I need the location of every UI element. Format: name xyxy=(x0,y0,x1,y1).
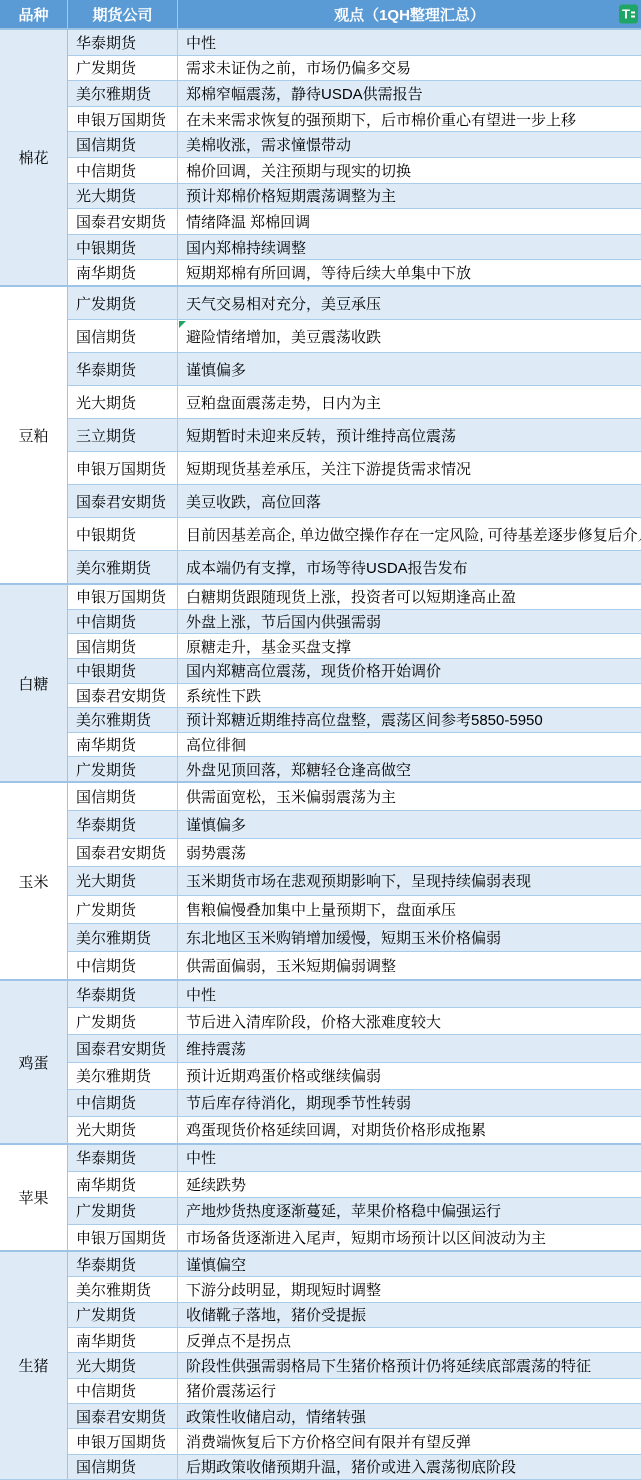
table-row: 国信期货后期政策收储预期升温，猪价或进入震荡彻底阶段 xyxy=(68,1455,641,1479)
header-company: 期货公司 xyxy=(68,0,178,28)
opinion-cell[interactable]: 棉价回调，关注预期与现实的切换 xyxy=(178,158,641,183)
opinion-text: 供需面偏弱，玉米短期偏弱调整 xyxy=(186,955,396,976)
company-cell[interactable]: 广发期货 xyxy=(68,896,178,923)
opinion-text: 产地炒货热度逐渐蔓延，苹果价格稳中偏强运行 xyxy=(186,1200,501,1221)
opinion-cell[interactable]: 天气交易相对充分，美豆承压 xyxy=(178,287,641,319)
company-cell[interactable]: 广发期货 xyxy=(68,287,178,319)
company-cell[interactable]: 国信期货 xyxy=(68,320,178,352)
opinion-cell[interactable]: 中性 xyxy=(178,981,641,1007)
opinion-text: 棉价回调，关注预期与现实的切换 xyxy=(186,160,411,181)
opinion-text: 市场备货逐渐进入尾声，短期市场预计以区间波动为主 xyxy=(186,1227,546,1248)
opinion-cell[interactable]: 郑棉窄幅震荡，静待USDA供需报告 xyxy=(178,81,641,106)
group-rows: 广发期货天气交易相对充分，美豆承压国信期货避险情绪增加，美豆震荡收跌华泰期货谨慎… xyxy=(68,287,641,583)
table-row: 华泰期货谨慎偏多 xyxy=(68,353,641,386)
opinion-text: 成本端仍有支撑，市场等待USDA报告发布 xyxy=(186,557,468,578)
company-cell[interactable]: 中银期货 xyxy=(68,235,178,260)
opinion-cell[interactable]: 猪价震荡运行 xyxy=(178,1379,641,1403)
table-row: 国泰君安期货系统性下跌 xyxy=(68,684,641,709)
opinion-text: 反弹点不是拐点 xyxy=(186,1330,291,1351)
opinion-cell[interactable]: 谨慎偏多 xyxy=(178,811,641,838)
table-row: 中信期货供需面偏弱，玉米短期偏弱调整 xyxy=(68,952,641,979)
company-cell[interactable]: 国泰君安期货 xyxy=(68,1035,178,1061)
table-body: 棉花华泰期货中性广发期货需求未证伪之前，市场仍偏多交易美尔雅期货郑棉窄幅震荡，静… xyxy=(0,30,641,1480)
company-cell[interactable]: 中信期货 xyxy=(68,952,178,979)
opinion-text: 猪价震荡运行 xyxy=(186,1380,276,1401)
group-rows: 华泰期货中性广发期货节后进入清库阶段，价格大涨难度较大国泰君安期货维持震荡美尔雅… xyxy=(68,981,641,1143)
table-row: 广发期货天气交易相对充分，美豆承压 xyxy=(68,287,641,320)
variety-cell[interactable]: 白糖 xyxy=(0,585,68,781)
opinion-text: 售粮偏慢叠加集中上量预期下，盘面承压 xyxy=(186,899,456,920)
company-cell[interactable]: 美尔雅期货 xyxy=(68,708,178,732)
commodity-group: 鸡蛋华泰期货中性广发期货节后进入清库阶段，价格大涨难度较大国泰君安期货维持震荡美… xyxy=(0,981,641,1145)
company-cell[interactable]: 国信期货 xyxy=(68,1455,178,1479)
table-row: 国泰君安期货情绪降温 郑棉回调 xyxy=(68,209,641,235)
opinion-text: 天气交易相对充分，美豆承压 xyxy=(186,293,381,314)
company-cell[interactable]: 申银万国期货 xyxy=(68,1225,178,1251)
opinion-text: 美棉收涨，需求憧憬带动 xyxy=(186,134,351,155)
table-row: 光大期货豆粕盘面震荡走势，日内为主 xyxy=(68,386,641,419)
header-variety: 品种 xyxy=(0,0,68,28)
opinion-text: 东北地区玉米购销增加缓慢，短期玉米价格偏弱 xyxy=(186,927,501,948)
commodity-group: 棉花华泰期货中性广发期货需求未证伪之前，市场仍偏多交易美尔雅期货郑棉窄幅震荡，静… xyxy=(0,30,641,287)
opinion-text: 谨慎偏空 xyxy=(186,1254,246,1275)
table-row: 中信期货外盘上涨，节后国内供强需弱 xyxy=(68,610,641,635)
opinion-text: 情绪降温 郑棉回调 xyxy=(186,211,310,232)
table-row: 国泰君安期货弱势震荡 xyxy=(68,839,641,867)
opinion-cell[interactable]: 高位徘徊 xyxy=(178,733,641,757)
table-row: 光大期货玉米期货市场在悲观预期影响下，呈现持续偏弱表现 xyxy=(68,867,641,895)
opinion-text: 节后进入清库阶段，价格大涨难度较大 xyxy=(186,1011,441,1032)
table-row: 广发期货节后进入清库阶段，价格大涨难度较大 xyxy=(68,1008,641,1035)
variety-cell[interactable]: 玉米 xyxy=(0,783,68,979)
commodity-group: 玉米国信期货供需面宽松，玉米偏弱震荡为主华泰期货谨慎偏多国泰君安期货弱势震荡光大… xyxy=(0,783,641,981)
opinion-text: 阶段性供强需弱格局下生猪价格预计仍将延续底部震荡的特征 xyxy=(186,1355,591,1376)
opinion-text: 下游分歧明显，期现短时调整 xyxy=(186,1279,381,1300)
opinion-cell[interactable]: 情绪降温 郑棉回调 xyxy=(178,209,641,234)
table-row: 光大期货鸡蛋现货价格延续回调，对期货价格形成拖累 xyxy=(68,1117,641,1143)
company-cell[interactable]: 南华期货 xyxy=(68,1328,178,1352)
table-row: 华泰期货谨慎偏多 xyxy=(68,811,641,839)
company-cell[interactable]: 申银万国期货 xyxy=(68,585,178,609)
table-row: 中银期货目前因基差高企, 单边做空操作存在一定风险, 可待基差逐步修复后介入 xyxy=(68,518,641,551)
company-cell[interactable]: 华泰期货 xyxy=(68,1252,178,1276)
table-row: 南华期货短期郑棉有所回调，等待后续大单集中下放 xyxy=(68,260,641,285)
opinion-cell[interactable]: 原糖走升，基金买盘支撑 xyxy=(178,634,641,658)
company-cell[interactable]: 美尔雅期货 xyxy=(68,924,178,951)
company-cell[interactable]: 华泰期货 xyxy=(68,811,178,838)
table-row: 南华期货延续跌势 xyxy=(68,1172,641,1199)
opinion-cell[interactable]: 美棉收涨，需求憧憬带动 xyxy=(178,132,641,157)
opinion-text: 玉米期货市场在悲观预期影响下，呈现持续偏弱表现 xyxy=(186,870,531,891)
company-cell[interactable]: 申银万国期货 xyxy=(68,1429,178,1453)
opinion-cell[interactable]: 维持震荡 xyxy=(178,1035,641,1061)
opinion-cell[interactable]: 美豆收跌，高位回落 xyxy=(178,485,641,517)
company-cell[interactable]: 中信期货 xyxy=(68,1090,178,1116)
company-cell[interactable]: 申银万国期货 xyxy=(68,452,178,484)
table-row: 美尔雅期货郑棉窄幅震荡，静待USDA供需报告 xyxy=(68,81,641,107)
table-row: 光大期货预计郑棉价格短期震荡调整为主 xyxy=(68,184,641,210)
company-cell[interactable]: 南华期货 xyxy=(68,260,178,285)
company-cell[interactable]: 国泰君安期货 xyxy=(68,1404,178,1428)
company-cell[interactable]: 国泰君安期货 xyxy=(68,209,178,234)
company-cell[interactable]: 中银期货 xyxy=(68,518,178,550)
opinion-text: 弱势震荡 xyxy=(186,842,246,863)
opinion-text: 目前因基差高企, 单边做空操作存在一定风险, 可待基差逐步修复后介入 xyxy=(186,524,641,545)
opinion-text: 豆粕盘面震荡走势，日内为主 xyxy=(186,392,381,413)
group-rows: 华泰期货中性南华期货延续跌势广发期货产地炒货热度逐渐蔓延，苹果价格稳中偏强运行申… xyxy=(68,1145,641,1250)
opinion-cell[interactable]: 后期政策收储预期升温，猪价或进入震荡彻底阶段 xyxy=(178,1455,641,1479)
opinion-cell[interactable]: 短期郑棉有所回调，等待后续大单集中下放 xyxy=(178,260,641,285)
table-row: 美尔雅期货预计郑糖近期维持高位盘整，震荡区间参考5850-5950 xyxy=(68,708,641,733)
opinion-text: 供需面宽松，玉米偏弱震荡为主 xyxy=(186,786,396,807)
company-cell[interactable]: 华泰期货 xyxy=(68,30,178,55)
opinion-cell[interactable]: 供需面宽松，玉米偏弱震荡为主 xyxy=(178,783,641,810)
opinion-cell[interactable]: 系统性下跌 xyxy=(178,684,641,708)
company-cell[interactable]: 中信期货 xyxy=(68,610,178,634)
opinion-text: 中性 xyxy=(186,32,216,53)
table-row: 华泰期货中性 xyxy=(68,1145,641,1172)
variety-cell[interactable]: 生猪 xyxy=(0,1252,68,1479)
company-cell[interactable]: 中信期货 xyxy=(68,1379,178,1403)
company-cell[interactable]: 中信期货 xyxy=(68,158,178,183)
table-row: 三立期货短期暂时未迎来反转，预计维持高位震荡 xyxy=(68,419,641,452)
company-cell[interactable]: 光大期货 xyxy=(68,386,178,418)
opinion-text: 节后库存待消化，期现季节性转弱 xyxy=(186,1092,411,1113)
variety-cell[interactable]: 棉花 xyxy=(0,30,68,285)
table-row: 国泰君安期货政策性收储启动，情绪转强 xyxy=(68,1404,641,1429)
green-t-icon: T xyxy=(619,5,638,24)
opinion-cell[interactable]: 预计近期鸡蛋价格或继续偏弱 xyxy=(178,1063,641,1089)
opinion-text: 中性 xyxy=(186,1147,216,1168)
opinion-text: 国内郑棉持续调整 xyxy=(186,237,306,258)
opinion-text: 需求未证伪之前，市场仍偏多交易 xyxy=(186,57,411,78)
table-row: 华泰期货中性 xyxy=(68,981,641,1008)
table-row: 美尔雅期货成本端仍有支撑，市场等待USDA报告发布 xyxy=(68,551,641,583)
variety-cell[interactable]: 豆粕 xyxy=(0,287,68,583)
company-cell[interactable]: 美尔雅期货 xyxy=(68,1277,178,1301)
company-cell[interactable]: 南华期货 xyxy=(68,733,178,757)
table-row: 华泰期货中性 xyxy=(68,30,641,56)
opinion-cell[interactable]: 避险情绪增加，美豆震荡收跌 xyxy=(178,320,641,352)
opinion-text: 郑棉窄幅震荡，静待USDA供需报告 xyxy=(186,83,423,104)
table-row: 国信期货供需面宽松，玉米偏弱震荡为主 xyxy=(68,783,641,811)
variety-cell[interactable]: 苹果 xyxy=(0,1145,68,1250)
commodity-group: 苹果华泰期货中性南华期货延续跌势广发期货产地炒货热度逐渐蔓延，苹果价格稳中偏强运… xyxy=(0,1145,641,1252)
company-cell[interactable]: 华泰期货 xyxy=(68,981,178,1007)
table-row: 申银万国期货短期现货基差承压，关注下游提货需求情况 xyxy=(68,452,641,485)
opinion-cell[interactable]: 预计郑糖近期维持高位盘整，震荡区间参考5850-5950 xyxy=(178,708,641,732)
opinion-text: 美豆收跌，高位回落 xyxy=(186,491,321,512)
company-cell[interactable]: 美尔雅期货 xyxy=(68,1063,178,1089)
table-row: 国泰君安期货维持震荡 xyxy=(68,1035,641,1062)
opinion-cell[interactable]: 在未来需求恢复的强预期下，后市棉价重心有望进一步上移 xyxy=(178,107,641,132)
opinion-cell[interactable]: 延续跌势 xyxy=(178,1172,641,1198)
company-cell[interactable]: 华泰期货 xyxy=(68,1145,178,1171)
header-opinion-label: 观点（1QH整理汇总） xyxy=(334,4,485,25)
opinion-cell[interactable]: 需求未证伪之前，市场仍偏多交易 xyxy=(178,56,641,81)
table-row: 中银期货国内郑棉持续调整 xyxy=(68,235,641,261)
table-row: 申银万国期货在未来需求恢复的强预期下，后市棉价重心有望进一步上移 xyxy=(68,107,641,133)
group-rows: 国信期货供需面宽松，玉米偏弱震荡为主华泰期货谨慎偏多国泰君安期货弱势震荡光大期货… xyxy=(68,783,641,979)
table-row: 美尔雅期货预计近期鸡蛋价格或继续偏弱 xyxy=(68,1063,641,1090)
table-row: 广发期货外盘见顶回落，郑糖轻仓逢高做空 xyxy=(68,757,641,781)
company-cell[interactable]: 美尔雅期货 xyxy=(68,81,178,106)
table-row: 光大期货阶段性供强需弱格局下生猪价格预计仍将延续底部震荡的特征 xyxy=(68,1353,641,1378)
opinion-cell[interactable]: 弱势震荡 xyxy=(178,839,641,866)
table-row: 中信期货节后库存待消化，期现季节性转弱 xyxy=(68,1090,641,1117)
opinion-cell[interactable]: 成本端仍有支撑，市场等待USDA报告发布 xyxy=(178,551,641,583)
company-cell[interactable]: 光大期货 xyxy=(68,1353,178,1377)
company-cell[interactable]: 光大期货 xyxy=(68,184,178,209)
opinion-text: 高位徘徊 xyxy=(186,734,246,755)
table-row: 中银期货国内郑糖高位震荡，现货价格开始调价 xyxy=(68,659,641,684)
opinion-cell[interactable]: 收储靴子落地，猪价受提振 xyxy=(178,1303,641,1327)
opinion-text: 预计郑棉价格短期震荡调整为主 xyxy=(186,185,396,206)
company-cell[interactable]: 广发期货 xyxy=(68,1008,178,1034)
opinion-text: 避险情绪增加，美豆震荡收跌 xyxy=(186,326,381,347)
company-cell[interactable]: 国泰君安期货 xyxy=(68,839,178,866)
group-rows: 华泰期货中性广发期货需求未证伪之前，市场仍偏多交易美尔雅期货郑棉窄幅震荡，静待U… xyxy=(68,30,641,285)
opinion-text: 鸡蛋现货价格延续回调，对期货价格形成拖累 xyxy=(186,1119,486,1140)
opinion-cell[interactable]: 鸡蛋现货价格延续回调，对期货价格形成拖累 xyxy=(178,1117,641,1143)
opinion-cell[interactable]: 阶段性供强需弱格局下生猪价格预计仍将延续底部震荡的特征 xyxy=(178,1353,641,1377)
company-cell[interactable]: 光大期货 xyxy=(68,867,178,894)
opinion-cell[interactable]: 短期暂时未迎来反转，预计维持高位震荡 xyxy=(178,419,641,451)
opinion-cell[interactable]: 谨慎偏多 xyxy=(178,353,641,385)
opinion-cell[interactable]: 豆粕盘面震荡走势，日内为主 xyxy=(178,386,641,418)
company-cell[interactable]: 国泰君安期货 xyxy=(68,684,178,708)
opinion-text: 外盘见顶回落，郑糖轻仓逢高做空 xyxy=(186,759,411,780)
table-header-row: 品种 期货公司 观点（1QH整理汇总） T xyxy=(0,0,641,30)
company-cell[interactable]: 国泰君安期货 xyxy=(68,485,178,517)
opinion-text: 中性 xyxy=(186,984,216,1005)
table-row: 中信期货棉价回调，关注预期与现实的切换 xyxy=(68,158,641,184)
opinion-text: 国内郑糖高位震荡，现货价格开始调价 xyxy=(186,660,441,681)
opinion-text: 原糖走升，基金买盘支撑 xyxy=(186,636,351,657)
table-row: 广发期货产地炒货热度逐渐蔓延，苹果价格稳中偏强运行 xyxy=(68,1198,641,1225)
opinion-cell[interactable]: 外盘见顶回落，郑糖轻仓逢高做空 xyxy=(178,757,641,781)
opinion-cell[interactable]: 节后库存待消化，期现季节性转弱 xyxy=(178,1090,641,1116)
table-row: 申银万国期货白糖期货跟随现货上涨，投资者可以短期逢高止盈 xyxy=(68,585,641,610)
opinion-cell[interactable]: 节后进入清库阶段，价格大涨难度较大 xyxy=(178,1008,641,1034)
table-row: 国泰君安期货美豆收跌，高位回落 xyxy=(68,485,641,518)
opinion-cell[interactable]: 外盘上涨，节后国内供强需弱 xyxy=(178,610,641,634)
opinion-text: 短期郑棉有所回调，等待后续大单集中下放 xyxy=(186,262,471,283)
header-opinion: 观点（1QH整理汇总） T xyxy=(178,0,641,28)
opinion-text: 消费端恢复后下方价格空间有限并有望反弹 xyxy=(186,1431,471,1452)
opinion-cell[interactable]: 下游分歧明显，期现短时调整 xyxy=(178,1277,641,1301)
opinion-text: 外盘上涨，节后国内供强需弱 xyxy=(186,611,381,632)
table-row: 南华期货高位徘徊 xyxy=(68,733,641,758)
opinion-cell[interactable]: 短期现货基差承压，关注下游提货需求情况 xyxy=(178,452,641,484)
opinion-cell[interactable]: 玉米期货市场在悲观预期影响下，呈现持续偏弱表现 xyxy=(178,867,641,894)
opinion-text: 谨慎偏多 xyxy=(186,359,246,380)
opinion-cell[interactable]: 中性 xyxy=(178,1145,641,1171)
opinion-cell[interactable]: 国内郑棉持续调整 xyxy=(178,235,641,260)
opinion-cell[interactable]: 供需面偏弱，玉米短期偏弱调整 xyxy=(178,952,641,979)
opinion-cell[interactable]: 中性 xyxy=(178,30,641,55)
table-row: 广发期货需求未证伪之前，市场仍偏多交易 xyxy=(68,56,641,82)
table-row: 华泰期货谨慎偏空 xyxy=(68,1252,641,1277)
table-row: 中信期货猪价震荡运行 xyxy=(68,1379,641,1404)
opinion-text: 维持震荡 xyxy=(186,1038,246,1059)
opinion-cell[interactable]: 市场备货逐渐进入尾声，短期市场预计以区间波动为主 xyxy=(178,1225,641,1251)
commodity-group: 豆粕广发期货天气交易相对充分，美豆承压国信期货避险情绪增加，美豆震荡收跌华泰期货… xyxy=(0,287,641,585)
opinion-text: 短期现货基差承压，关注下游提货需求情况 xyxy=(186,458,471,479)
company-cell[interactable]: 三立期货 xyxy=(68,419,178,451)
opinion-cell[interactable]: 谨慎偏空 xyxy=(178,1252,641,1276)
opinion-cell[interactable]: 白糖期货跟随现货上涨，投资者可以短期逢高止盈 xyxy=(178,585,641,609)
company-cell[interactable]: 美尔雅期货 xyxy=(68,551,178,583)
opinion-cell[interactable]: 国内郑糖高位震荡，现货价格开始调价 xyxy=(178,659,641,683)
table-row: 南华期货反弹点不是拐点 xyxy=(68,1328,641,1353)
company-cell[interactable]: 光大期货 xyxy=(68,1117,178,1143)
table-row: 国信期货避险情绪增加，美豆震荡收跌 xyxy=(68,320,641,353)
company-cell[interactable]: 国信期货 xyxy=(68,634,178,658)
opinion-cell[interactable]: 东北地区玉米购销增加缓慢，短期玉米价格偏弱 xyxy=(178,924,641,951)
opinion-text: 在未来需求恢复的强预期下，后市棉价重心有望进一步上移 xyxy=(186,109,576,130)
opinion-cell[interactable]: 目前因基差高企, 单边做空操作存在一定风险, 可待基差逐步修复后介入 xyxy=(178,518,641,550)
opinion-cell[interactable]: 预计郑棉价格短期震荡调整为主 xyxy=(178,184,641,209)
table-row: 广发期货售粮偏慢叠加集中上量预期下，盘面承压 xyxy=(68,896,641,924)
opinion-cell[interactable]: 售粮偏慢叠加集中上量预期下，盘面承压 xyxy=(178,896,641,923)
variety-cell[interactable]: 鸡蛋 xyxy=(0,981,68,1143)
opinion-text: 延续跌势 xyxy=(186,1174,246,1195)
opinion-text: 谨慎偏多 xyxy=(186,814,246,835)
comment-marker-icon xyxy=(179,321,186,328)
opinion-text: 后期政策收储预期升温，猪价或进入震荡彻底阶段 xyxy=(186,1456,516,1477)
opinion-text: 收储靴子落地，猪价受提振 xyxy=(186,1304,366,1325)
opinion-text: 预计郑糖近期维持高位盘整，震荡区间参考5850-5950 xyxy=(186,709,543,730)
company-cell[interactable]: 广发期货 xyxy=(68,757,178,781)
table-row: 申银万国期货市场备货逐渐进入尾声，短期市场预计以区间波动为主 xyxy=(68,1225,641,1251)
opinion-text: 系统性下跌 xyxy=(186,685,261,706)
table-row: 美尔雅期货下游分歧明显，期现短时调整 xyxy=(68,1277,641,1302)
table-row: 国信期货美棉收涨，需求憧憬带动 xyxy=(68,132,641,158)
table-row: 广发期货收储靴子落地，猪价受提振 xyxy=(68,1303,641,1328)
opinion-text: 预计近期鸡蛋价格或继续偏弱 xyxy=(186,1065,381,1086)
opinion-cell[interactable]: 消费端恢复后下方价格空间有限并有望反弹 xyxy=(178,1429,641,1453)
group-rows: 申银万国期货白糖期货跟随现货上涨，投资者可以短期逢高止盈中信期货外盘上涨，节后国… xyxy=(68,585,641,781)
company-cell[interactable]: 国信期货 xyxy=(68,783,178,810)
company-cell[interactable]: 中银期货 xyxy=(68,659,178,683)
company-cell[interactable]: 广发期货 xyxy=(68,1198,178,1224)
commodity-group: 白糖申银万国期货白糖期货跟随现货上涨，投资者可以短期逢高止盈中信期货外盘上涨，节… xyxy=(0,585,641,783)
company-cell[interactable]: 广发期货 xyxy=(68,1303,178,1327)
company-cell[interactable]: 国信期货 xyxy=(68,132,178,157)
opinion-text: 白糖期货跟随现货上涨，投资者可以短期逢高止盈 xyxy=(186,586,516,607)
company-cell[interactable]: 申银万国期货 xyxy=(68,107,178,132)
futures-opinion-table: 品种 期货公司 观点（1QH整理汇总） T 棉花华泰期货中性广发期货需求未证伪之… xyxy=(0,0,641,1480)
opinion-cell[interactable]: 反弹点不是拐点 xyxy=(178,1328,641,1352)
table-row: 国信期货原糖走升，基金买盘支撑 xyxy=(68,634,641,659)
group-rows: 华泰期货谨慎偏空美尔雅期货下游分歧明显，期现短时调整广发期货收储靴子落地，猪价受… xyxy=(68,1252,641,1479)
table-row: 申银万国期货消费端恢复后下方价格空间有限并有望反弹 xyxy=(68,1429,641,1454)
company-cell[interactable]: 南华期货 xyxy=(68,1172,178,1198)
opinion-cell[interactable]: 产地炒货热度逐渐蔓延，苹果价格稳中偏强运行 xyxy=(178,1198,641,1224)
opinion-text: 短期暂时未迎来反转，预计维持高位震荡 xyxy=(186,425,456,446)
opinion-text: 政策性收储启动，情绪转强 xyxy=(186,1406,366,1427)
opinion-cell[interactable]: 政策性收储启动，情绪转强 xyxy=(178,1404,641,1428)
company-cell[interactable]: 华泰期货 xyxy=(68,353,178,385)
company-cell[interactable]: 广发期货 xyxy=(68,56,178,81)
commodity-group: 生猪华泰期货谨慎偏空美尔雅期货下游分歧明显，期现短时调整广发期货收储靴子落地，猪… xyxy=(0,1252,641,1480)
table-row: 美尔雅期货东北地区玉米购销增加缓慢，短期玉米价格偏弱 xyxy=(68,924,641,952)
